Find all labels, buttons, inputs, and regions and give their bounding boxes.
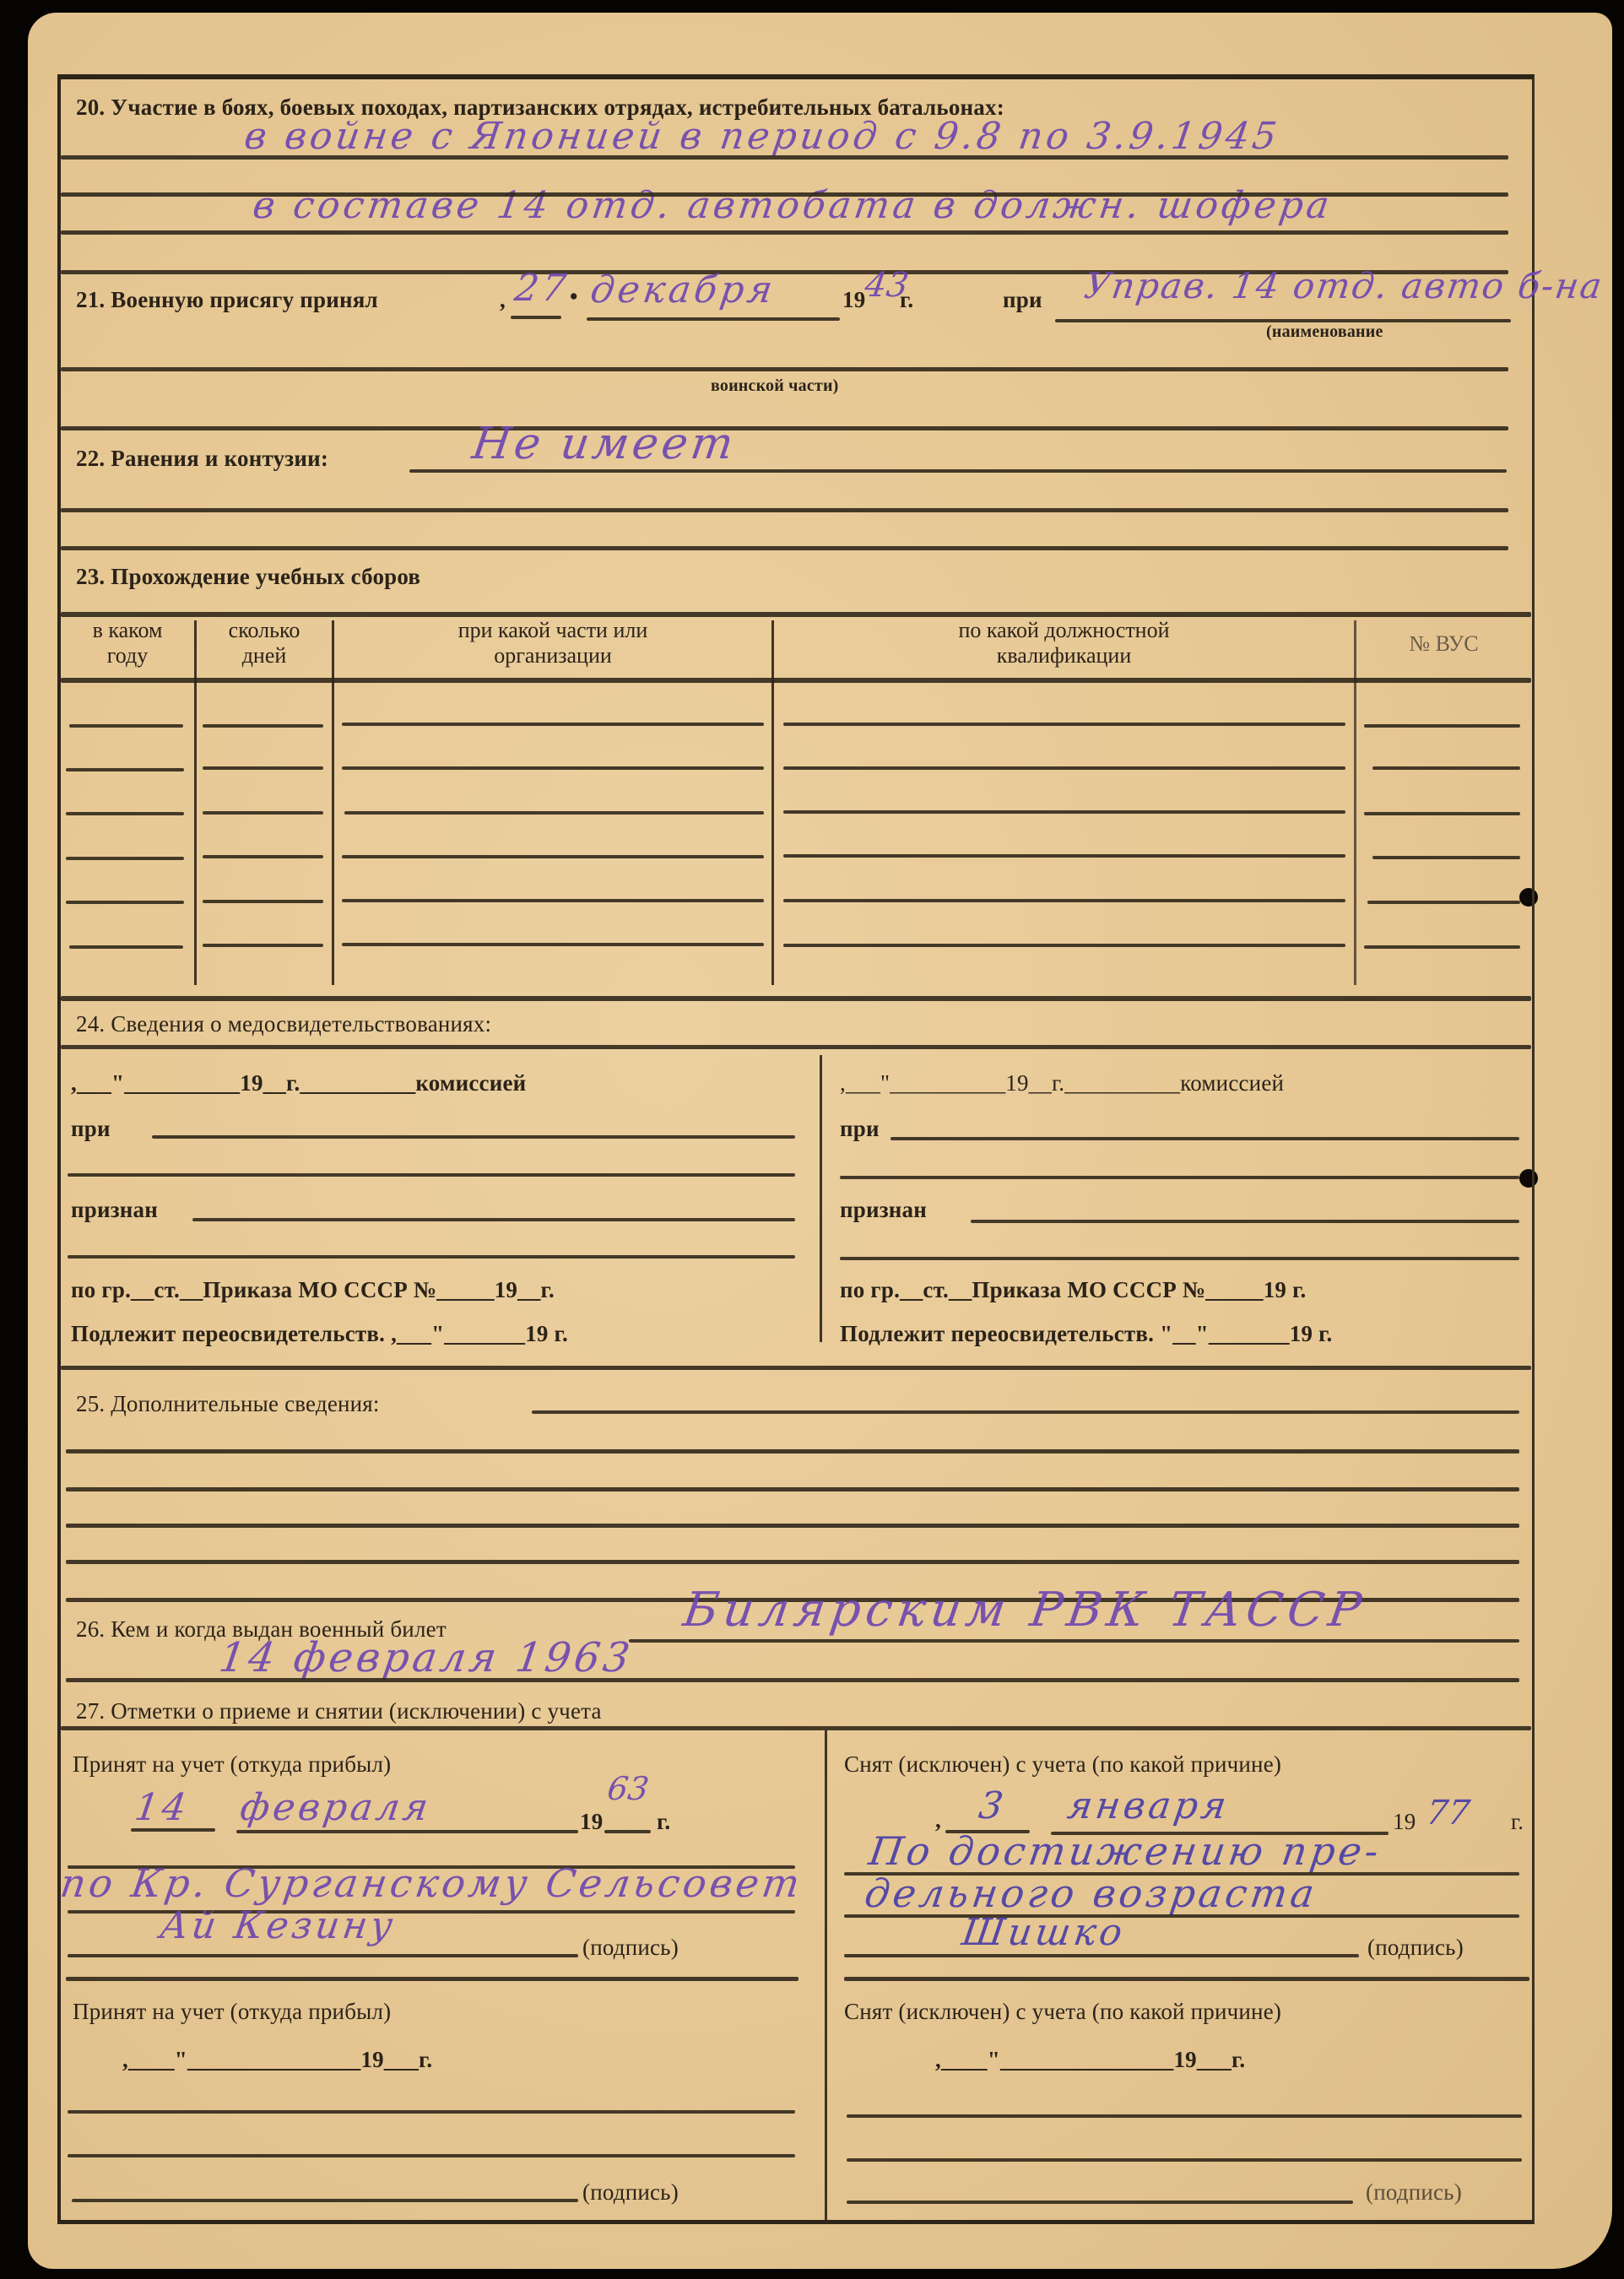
registered-2-heading: Принят на учет (откуда прибыл) <box>73 2000 391 2023</box>
medical-right-recognized: признан <box>840 1199 927 1221</box>
deregistered-1-heading: Снят (исключен) с учета (по какой причин… <box>844 1753 1281 1776</box>
item27-label: 27. Отметки о приеме и снятии (исключени… <box>76 1700 602 1723</box>
line <box>840 1176 1519 1179</box>
table-header-bottom-line <box>61 678 1531 683</box>
item21-year-prefix: 19 <box>842 289 865 311</box>
item21-day-line <box>511 316 561 319</box>
item23-label: 23. Прохождение учебных сборов <box>76 566 420 588</box>
line <box>890 1137 1519 1140</box>
line <box>604 1830 651 1833</box>
table-header-vus: № ВУС <box>1356 631 1531 657</box>
deregistered-2-date: ,____"_______________19___г. <box>935 2049 1245 2071</box>
signature-line <box>847 2201 1353 2204</box>
deregistered-1-year-suffix: 77 <box>1424 1796 1472 1830</box>
table-col-sep <box>1354 620 1356 985</box>
item25-label: 25. Дополнительные сведения: <box>76 1393 380 1416</box>
signature-line <box>68 1954 578 1957</box>
line <box>66 1977 798 1981</box>
item26-underline <box>629 1639 1519 1643</box>
line <box>68 2154 795 2157</box>
deregistered-1-signature: Шишко <box>960 1914 1128 1951</box>
item27-line <box>61 1726 1531 1730</box>
line <box>68 2110 795 2114</box>
registered-1-year-suffix: 63 <box>605 1773 651 1805</box>
item25-line-2 <box>66 1487 1519 1491</box>
deregistered-2-heading: Снят (исключен) с учета (по какой причин… <box>844 2000 1281 2023</box>
deregistered-1-year-unit: г. <box>1511 1811 1524 1833</box>
deregistered-1-day: 3 <box>977 1788 1009 1825</box>
item26-handwritten-1: Билярским РВК ТАССР <box>680 1587 1369 1634</box>
item27-separator <box>825 1730 827 2220</box>
item21-line-2 <box>61 426 1508 430</box>
item22-line-2 <box>61 546 1508 550</box>
table-col-sep <box>194 620 197 985</box>
registered-2-signature-caption: (подпись) <box>582 2181 679 2204</box>
item24-bottom-line <box>61 1366 1531 1370</box>
medical-right-recheck: Подлежит переосвидетельств. "__"_______1… <box>840 1323 1332 1345</box>
item22-handwritten: Не имеет <box>469 422 739 466</box>
deregistered-2-signature-caption: (подпись) <box>1366 2181 1462 2204</box>
deregistered-1-reason-1: По достижению пре- <box>867 1832 1384 1870</box>
item21-line <box>61 367 1508 371</box>
registered-1-day: 14 <box>133 1789 192 1827</box>
line <box>192 1218 795 1221</box>
medical-left-at: при <box>71 1118 111 1140</box>
medical-left-date: ,___"__________19__г.__________комиссией <box>71 1072 526 1095</box>
registered-1-year-unit: г. <box>657 1811 670 1833</box>
item22-label: 22. Ранения и контузии: <box>76 447 328 470</box>
line <box>131 1828 215 1832</box>
item25-line-4 <box>66 1560 1519 1564</box>
medical-right-date: ,___"__________19__г.__________комиссией <box>840 1072 1284 1095</box>
item21-caption-1: (наименование <box>1266 323 1383 340</box>
registered-1-from-1: по Кр. Сурганскому Сельсовет <box>58 1864 805 1903</box>
deregistered-1-reason-2: дельного возраста <box>863 1874 1320 1913</box>
line <box>844 1977 1529 1981</box>
item21-year-unit: г. <box>900 289 913 311</box>
item21-month-sep: • <box>570 285 578 308</box>
table-col-sep <box>332 620 334 985</box>
item26-handwritten-2: 14 февраля 1963 <box>217 1638 636 1678</box>
deregistered-1-signature-caption: (подпись) <box>1367 1936 1464 1959</box>
item21-at-label: при <box>1003 289 1042 311</box>
registered-2-date: ,____"_______________19___г. <box>122 2049 432 2071</box>
item24-label: 24. Сведения о медосвидетельствованиях: <box>76 1013 491 1036</box>
item20-line-2 <box>61 192 1508 197</box>
item21-day-prefix: , <box>500 289 506 311</box>
item21-month-line <box>587 317 840 321</box>
item26-line <box>66 1678 1519 1682</box>
line <box>847 2114 1522 2118</box>
registered-1-heading: Принят на учет (откуда прибыл) <box>73 1753 391 1776</box>
item25-line-3 <box>66 1524 1519 1528</box>
line <box>971 1220 1519 1223</box>
registered-1-month: февраля <box>238 1789 434 1827</box>
item21-caption-2: воинской части) <box>711 377 839 394</box>
registered-1-year-prefix: 19 <box>580 1811 603 1833</box>
item20-line-1 <box>61 155 1508 160</box>
deregistered-1-year-prefix: 19 <box>1393 1811 1416 1833</box>
item21-month: декабря <box>588 272 778 309</box>
line <box>844 1914 1519 1918</box>
item24-line <box>61 1045 1531 1049</box>
item25-line-1 <box>66 1449 1519 1453</box>
item25-underline <box>532 1410 1519 1414</box>
table-col-sep <box>771 620 774 985</box>
item22-underline <box>409 469 1507 473</box>
table-header-qualification: по какой должностнойквалификации <box>774 618 1354 669</box>
table-bottom-line <box>61 996 1531 1001</box>
registered-1-signature-caption: (подпись) <box>582 1936 679 1959</box>
registered-1-from-2: Ай Кезину <box>158 1908 398 1945</box>
line <box>847 2158 1522 2162</box>
item21-unit: Управ. 14 отд. авто б-на <box>1082 268 1605 304</box>
line <box>840 1257 1519 1260</box>
line <box>152 1135 795 1139</box>
table-header-days: сколькодней <box>197 618 332 669</box>
item21-label: 21. Военную присягу принял <box>76 289 378 311</box>
line <box>236 1830 578 1833</box>
medical-left-recognized: признан <box>71 1199 158 1221</box>
table-header-year: в какомгоду <box>61 618 194 669</box>
item22-line-1 <box>61 508 1508 512</box>
deregistered-1-month: января <box>1065 1788 1232 1825</box>
signature-line <box>72 2199 578 2202</box>
item20-handwritten-1: в войне с Японией в период с 9.8 по 3.9.… <box>242 118 1282 155</box>
medical-right-order: по гр.__ст.__Приказа МО СССР №_____19 г. <box>840 1279 1306 1302</box>
item20-line-3 <box>61 230 1508 235</box>
medical-left-order: по гр.__ст.__Приказа МО СССР №_____19__г… <box>71 1279 555 1302</box>
line <box>68 1255 795 1259</box>
table-top-line <box>61 612 1531 617</box>
table-header-unit: при какой части илиорганизации <box>334 618 771 669</box>
item21-day: 27 <box>512 270 571 307</box>
item24-separator <box>820 1055 822 1342</box>
signature-line <box>844 1954 1359 1957</box>
line <box>68 1173 795 1177</box>
medical-right-at: при <box>840 1118 880 1140</box>
medical-left-recheck: Подлежит переосвидетельств. ,___"_______… <box>71 1323 568 1345</box>
